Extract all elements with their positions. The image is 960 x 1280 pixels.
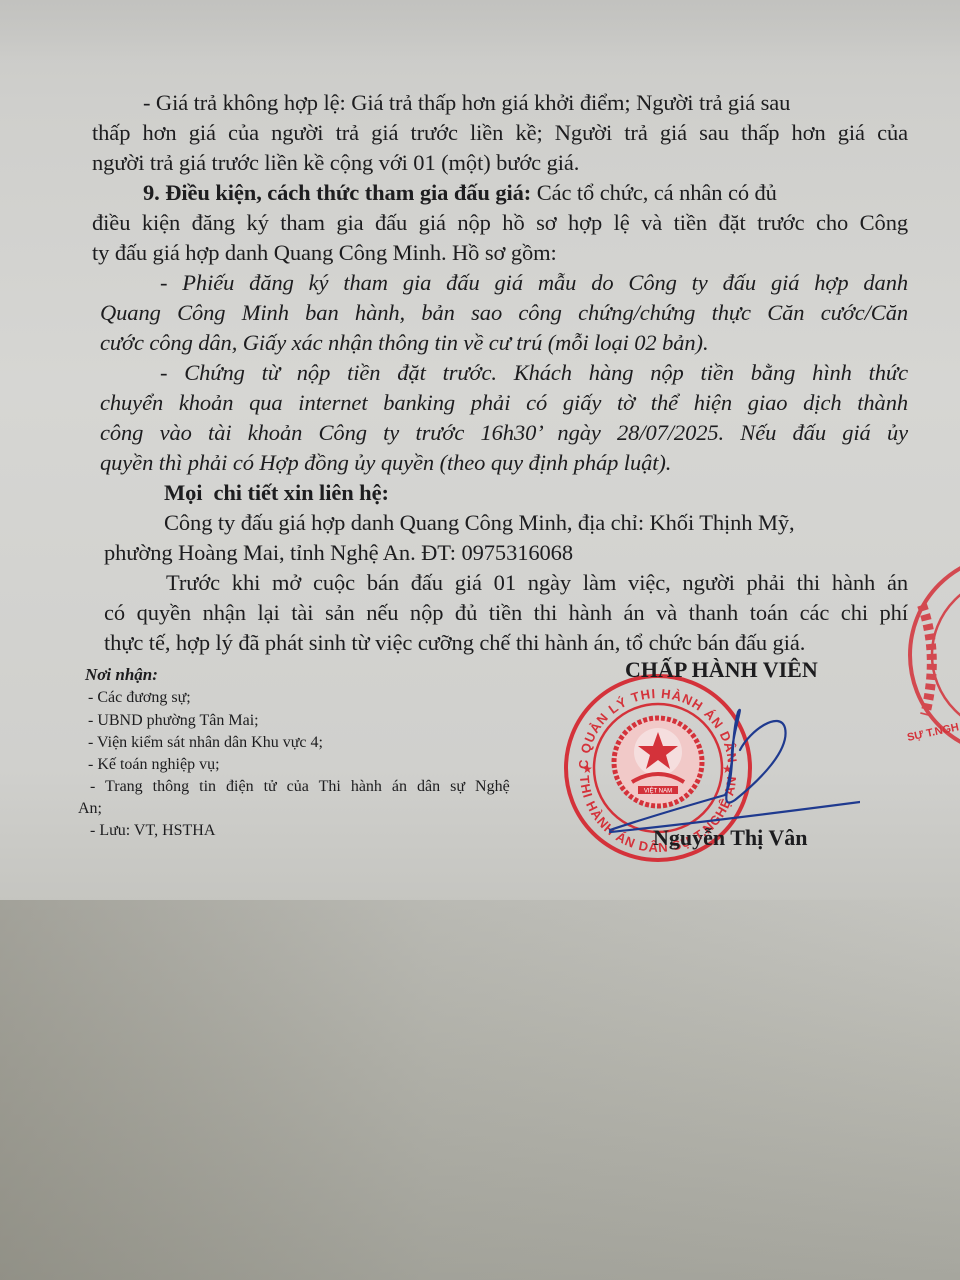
recipient-item: - Kế toán nghiệp vụ;: [88, 753, 220, 777]
recipient-item: - Lưu: VT, HSTHA: [90, 819, 215, 843]
section9-line-3: ty đấu giá hợp danh Quang Công Minh. Hồ …: [92, 238, 557, 268]
deposit-receipt-line-1: - Chứng từ nộp tiền đặt trước. Khách hàn…: [160, 358, 908, 388]
recipients-heading: Nơi nhận:: [85, 663, 158, 687]
recipient-item: - Các đương sự;: [88, 686, 191, 710]
redemption-line-3: thực tế, hợp lý đã phát sinh từ việc cưỡ…: [104, 628, 805, 658]
deposit-receipt-line-4: quyền thì phải có Hợp đồng ủy quyền (the…: [100, 448, 671, 478]
partial-stamp: SỰ T.NGH: [900, 555, 960, 755]
invalid-bid-line-2: thấp hơn giá của người trả giá trước liề…: [92, 118, 908, 148]
contact-line-1: Công ty đấu giá hợp danh Quang Công Minh…: [164, 508, 908, 538]
deposit-receipt-line-3: công vào tài khoản Công ty trước 16h30’ …: [100, 418, 908, 448]
section9-heading: 9. Điều kiện, cách thức tham gia đấu giá…: [143, 180, 531, 205]
invalid-bid-line-3: người trả giá trước liền kề cộng với 01 …: [92, 148, 579, 178]
registration-form-line-3: cước công dân, Giấy xác nhận thông tin v…: [100, 328, 708, 358]
section9-line1-text: Các tổ chức, cá nhân có đủ: [531, 180, 777, 205]
partial-stamp-text: SỰ T.NGH: [906, 721, 960, 744]
registration-form-line-1: - Phiếu đăng ký tham gia đấu giá mẫu do …: [160, 268, 908, 298]
section9-line-1: 9. Điều kiện, cách thức tham gia đấu giá…: [143, 178, 908, 208]
recipient-item: - Trang thông tin điện tử của Thi hành á…: [90, 775, 524, 799]
signatory-title: CHẤP HÀNH VIÊN: [625, 657, 818, 683]
contact-line-2: phường Hoàng Mai, tỉnh Nghệ An. ĐT: 0975…: [104, 538, 573, 568]
recipient-item: - UBND phường Tân Mai;: [88, 709, 259, 733]
recipient-item: - Viện kiểm sát nhân dân Khu vực 4;: [88, 731, 323, 755]
deposit-receipt-line-2: chuyển khoản qua internet banking phải c…: [100, 388, 908, 418]
redemption-line-1: Trước khi mở cuộc bán đấu giá 01 ngày là…: [166, 568, 908, 598]
redemption-line-2: có quyền nhận lại tài sản nếu nộp đủ tiề…: [104, 598, 908, 628]
invalid-bid-line-1: - Giá trả không hợp lệ: Giá trả thấp hơn…: [143, 88, 908, 118]
contact-heading: Mọi chi tiết xin liên hệ:: [164, 478, 389, 508]
recipient-item-continuation: An;: [78, 797, 102, 821]
registration-form-line-2: Quang Công Minh ban hành, bản sao công c…: [100, 298, 908, 328]
handwritten-signature: [560, 700, 860, 840]
document-page: - Giá trả không hợp lệ: Giá trả thấp hơn…: [0, 0, 960, 1280]
section9-line-2: điều kiện đăng ký tham gia đấu giá nộp h…: [92, 208, 908, 238]
